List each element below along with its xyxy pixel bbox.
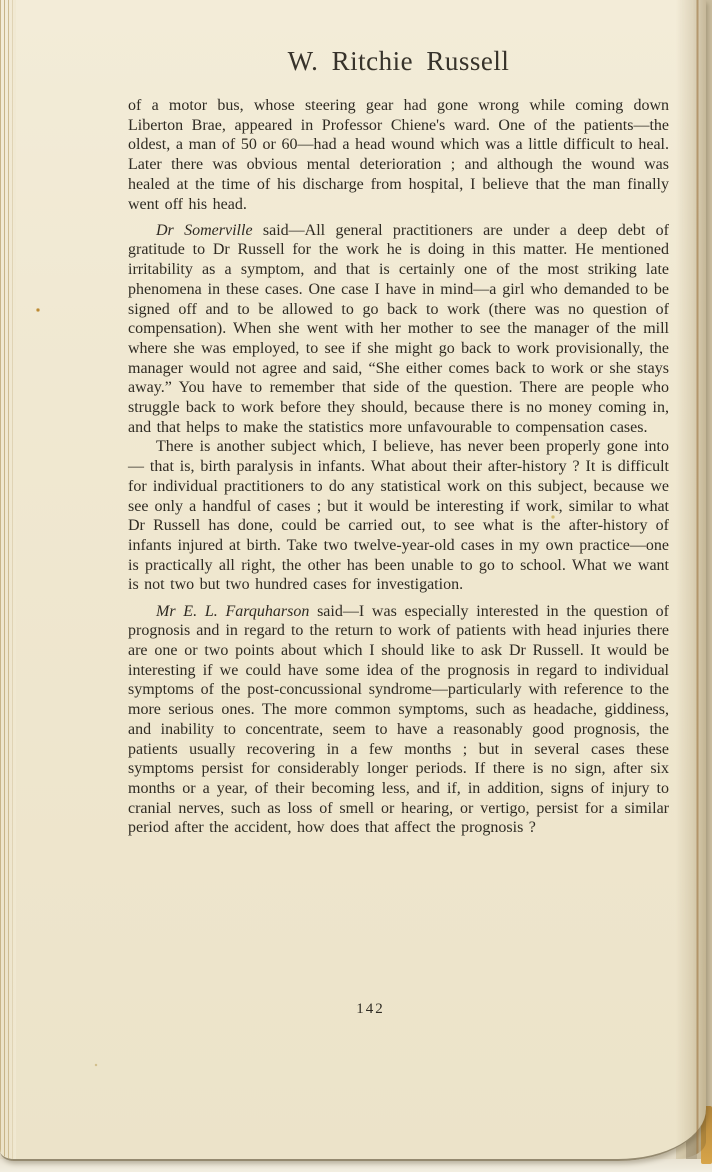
page-curl-shadow [676, 0, 706, 1159]
scanned-book-page: W. Ritchie Russell of a motor bus, whose… [0, 0, 712, 1172]
paragraph: of a motor bus, whose steering gear had … [128, 96, 669, 214]
paragraph-text: said—I was especially interested in the … [128, 603, 669, 837]
paragraph: There is another subject which, I believ… [128, 437, 669, 595]
speaker-name: Dr Somerville [156, 222, 253, 239]
book-page: W. Ritchie Russell of a motor bus, whose… [0, 0, 706, 1161]
paragraph-text: said—All general practitioners are under… [128, 222, 669, 436]
page-edge-stack [0, 0, 16, 1159]
page-number-value: 142 [356, 1001, 385, 1017]
page-number: 142 [128, 1000, 669, 1018]
paragraph-text: of a motor bus, whose steering gear had … [128, 97, 669, 213]
text-column: W. Ritchie Russell of a motor bus, whose… [128, 0, 669, 838]
paragraph: Dr Somerville said—All general practitio… [128, 221, 669, 438]
running-head: W. Ritchie Russell [128, 46, 669, 77]
speaker-name: Mr E. L. Farquharson [156, 603, 309, 620]
paragraph: Mr E. L. Farquharson said—I was especial… [128, 602, 669, 838]
paragraph-text: There is another subject which, I believ… [128, 438, 669, 593]
body-text: of a motor bus, whose steering gear had … [128, 96, 669, 838]
